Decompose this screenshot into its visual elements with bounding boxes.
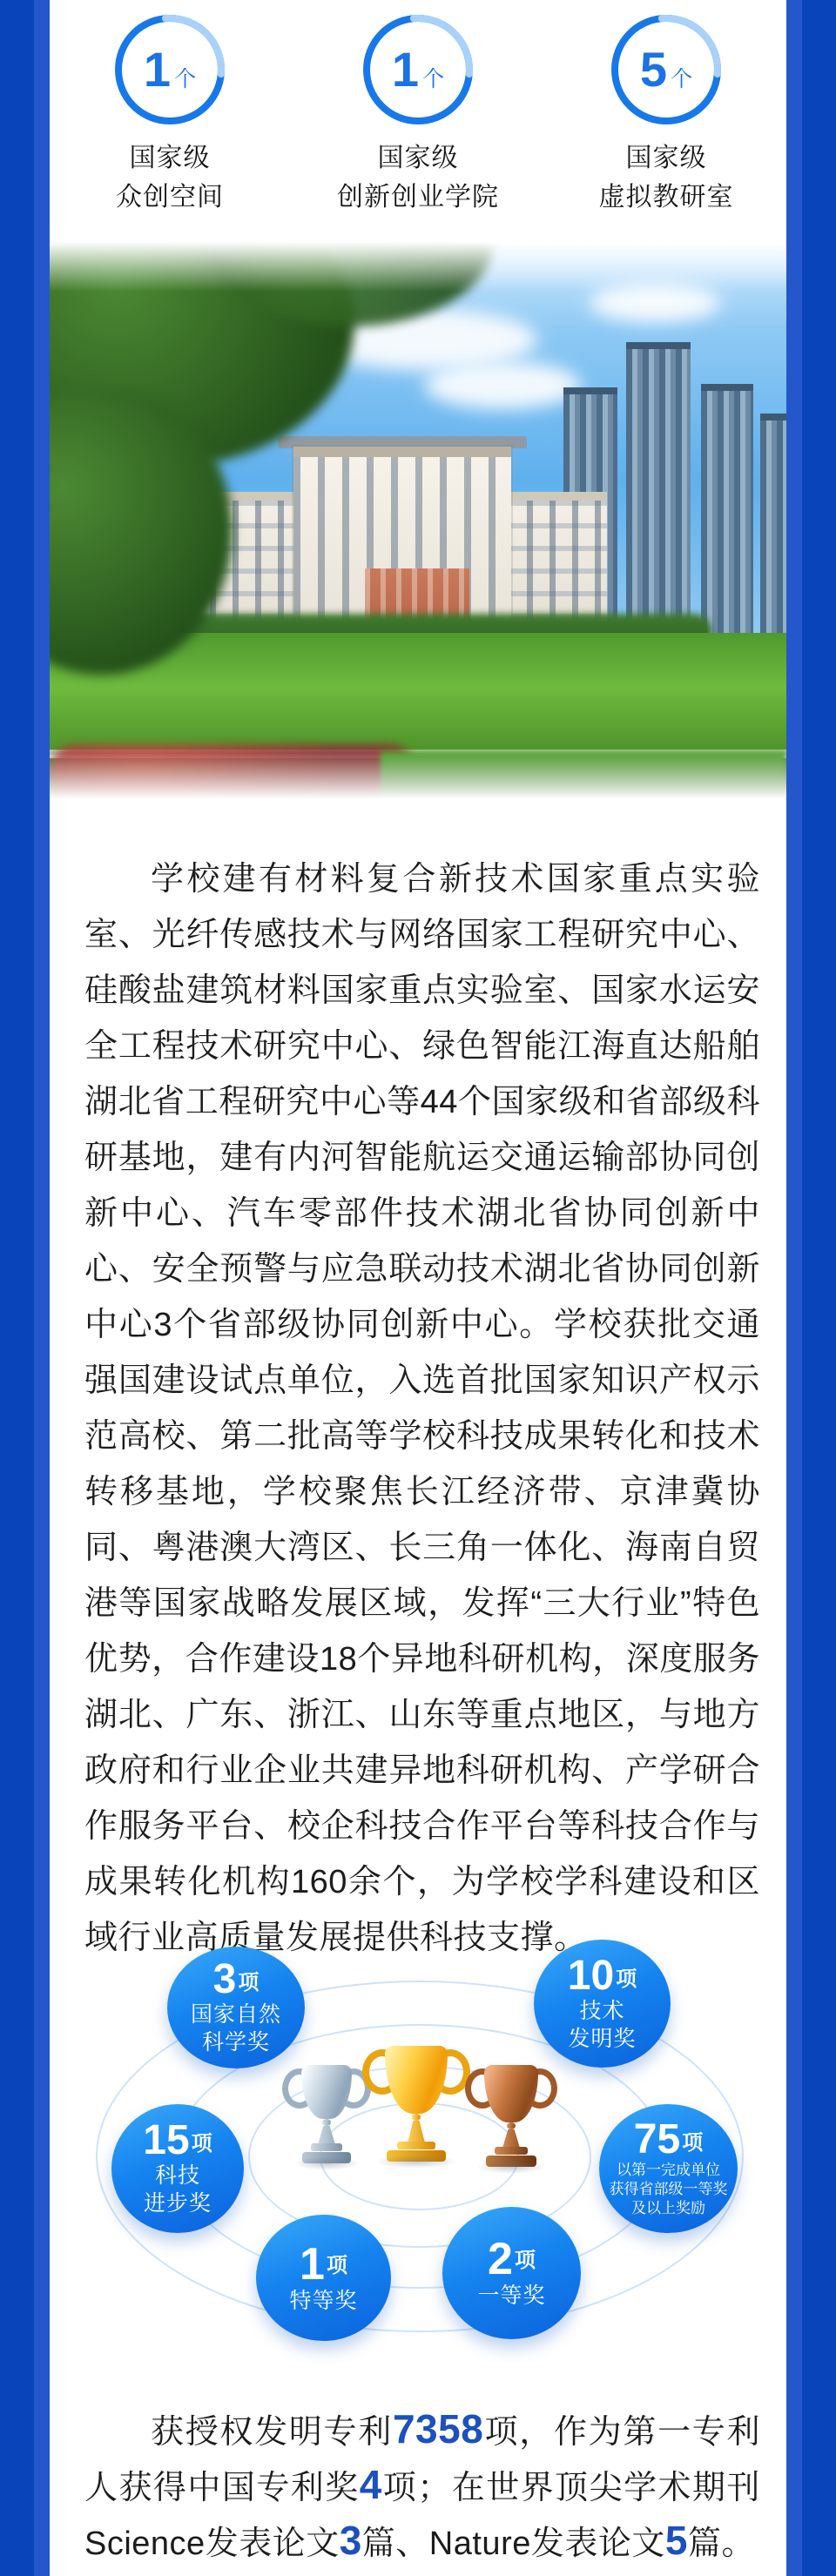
nature-paper-count: 5 (665, 2518, 688, 2563)
left-outer-border (0, 0, 34, 2576)
stat-value: 5 (640, 45, 667, 94)
awards-infographic: 3 项 国家自然 科学奖 10 项 技术 发明奖 15 项 科技 (50, 1937, 786, 2446)
china-patent-award-count: 4 (360, 2462, 382, 2507)
stat-label: 国家级 虚拟教研室 (544, 138, 788, 217)
stat-innovation-college: 1 个 国家级 创新创业学院 (296, 15, 540, 217)
award-badge-provincial-first-prize: 75 项 以第一完成单位 获得省部级一等奖 及以上奖励 (599, 2104, 738, 2233)
campus-photo (50, 231, 786, 805)
stat-value: 1 (392, 45, 419, 94)
stat-makerspace: 1 个 国家级 众创空间 (48, 15, 292, 217)
progress-ring-icon: 1 个 (363, 15, 473, 124)
promo-page: 1 个 国家级 众创空间 1 个 (0, 0, 836, 2576)
award-badge-natural-science: 3 项 国家自然 科学奖 (167, 1947, 305, 2068)
award-badge-grand-prize: 1 项 特等奖 (256, 2215, 391, 2341)
science-paper-count: 3 (340, 2518, 362, 2563)
left-inner-border (34, 0, 50, 2576)
right-inner-border (786, 0, 802, 2576)
stat-label: 国家级 众创空间 (48, 138, 292, 217)
patent-count: 7358 (393, 2406, 483, 2452)
highrise-tower (760, 414, 786, 656)
award-badge-tech-invention: 10 项 技术 发明奖 (534, 1940, 671, 2068)
award-badge-sci-progress: 15 项 科技 进步奖 (111, 2104, 244, 2233)
highrise-tower (626, 342, 691, 656)
progress-ring-icon: 5 个 (611, 15, 721, 124)
patent-paragraph: 获授权发明专利7358项，作为第一专利人获得中国专利奖4项；在世界顶尖学术期刊S… (50, 2404, 786, 2572)
top-stats: 1 个 国家级 众创空间 1 个 (50, 15, 786, 224)
progress-ring-icon: 1 个 (115, 15, 225, 124)
stat-unit: 个 (671, 62, 692, 93)
content-card: 1 个 国家级 众创空间 1 个 (50, 0, 786, 2576)
stat-label: 国家级 创新创业学院 (296, 138, 540, 217)
gold-trophy-icon (385, 2046, 448, 2162)
photo-top-fade (50, 231, 786, 292)
intro-paragraph: 学校建有材料复合新技术国家重点实验室、光纤传感技术与网络国家工程研究中心、硅酸盐… (50, 851, 786, 1966)
stat-unit: 个 (422, 62, 444, 93)
stat-unit: 个 (174, 62, 196, 93)
right-outer-border (802, 0, 836, 2576)
bronze-trophy-icon (484, 2065, 538, 2167)
stat-value: 1 (144, 45, 171, 94)
cloud-icon (424, 361, 581, 409)
silver-trophy-icon (301, 2065, 352, 2163)
photo-bottom-fade (50, 753, 786, 805)
highrise-tower (701, 384, 753, 656)
stat-virtual-teaching: 5 个 国家级 虚拟教研室 (544, 15, 788, 217)
award-badge-first-prize: 2 项 一等奖 (442, 2207, 581, 2339)
